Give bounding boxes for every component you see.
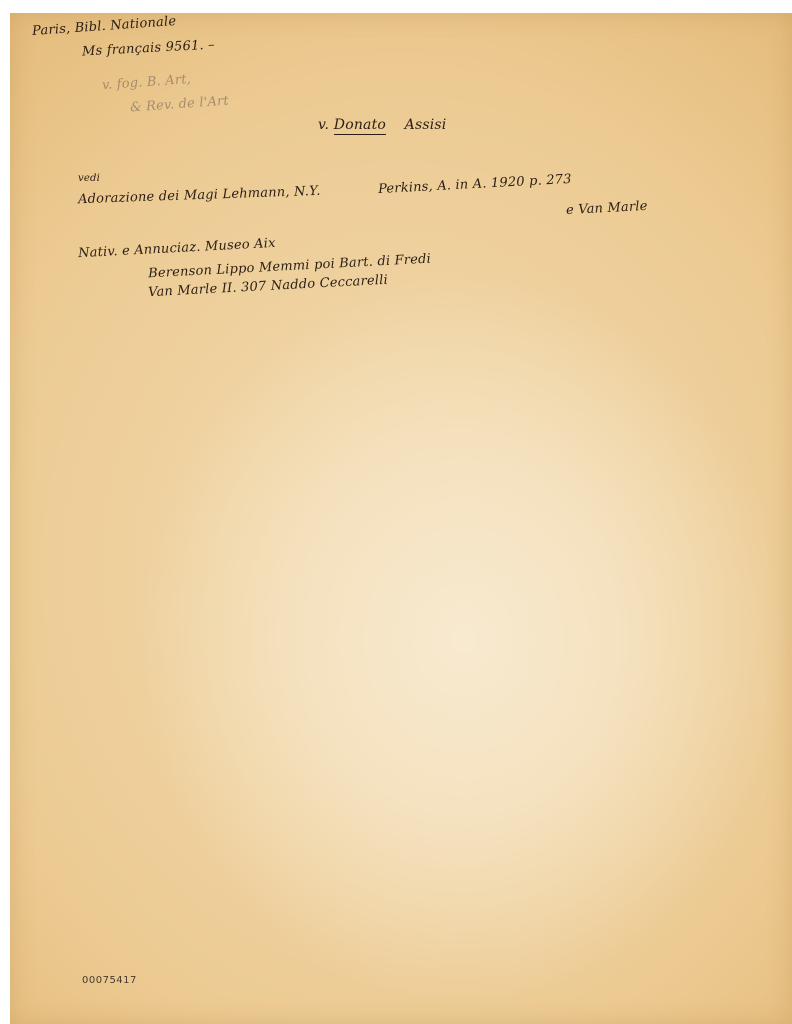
- header-note-line1: Paris, Bibl. Nationale: [32, 14, 177, 39]
- entry2-line1: Nativ. e Annuciaz. Museo Aix: [78, 236, 276, 261]
- catalog-number: 00075417: [82, 975, 137, 986]
- entry1-label: vedi: [78, 173, 100, 184]
- document-sheet: Paris, Bibl. Nationale Ms français 9561.…: [10, 13, 792, 1024]
- title-artist: Donato: [334, 117, 386, 135]
- entry1-line1-right: Perkins, A. in A. 1920 p. 273: [378, 172, 572, 197]
- document-title: v. Donato Assisi: [318, 117, 446, 133]
- entry1-line1-left: Adorazione dei Magi Lehmann, N.Y.: [78, 184, 321, 207]
- pencil-note-line2: & Rev. de l'Art: [130, 94, 230, 116]
- entry1-line2: e Van Marle: [566, 199, 648, 218]
- header-note-line2: Ms français 9561. –: [82, 38, 216, 60]
- pencil-note-line1: v. fog. B. Art,: [102, 72, 192, 93]
- title-prefix: v.: [318, 117, 329, 133]
- title-place: Assisi: [405, 117, 447, 133]
